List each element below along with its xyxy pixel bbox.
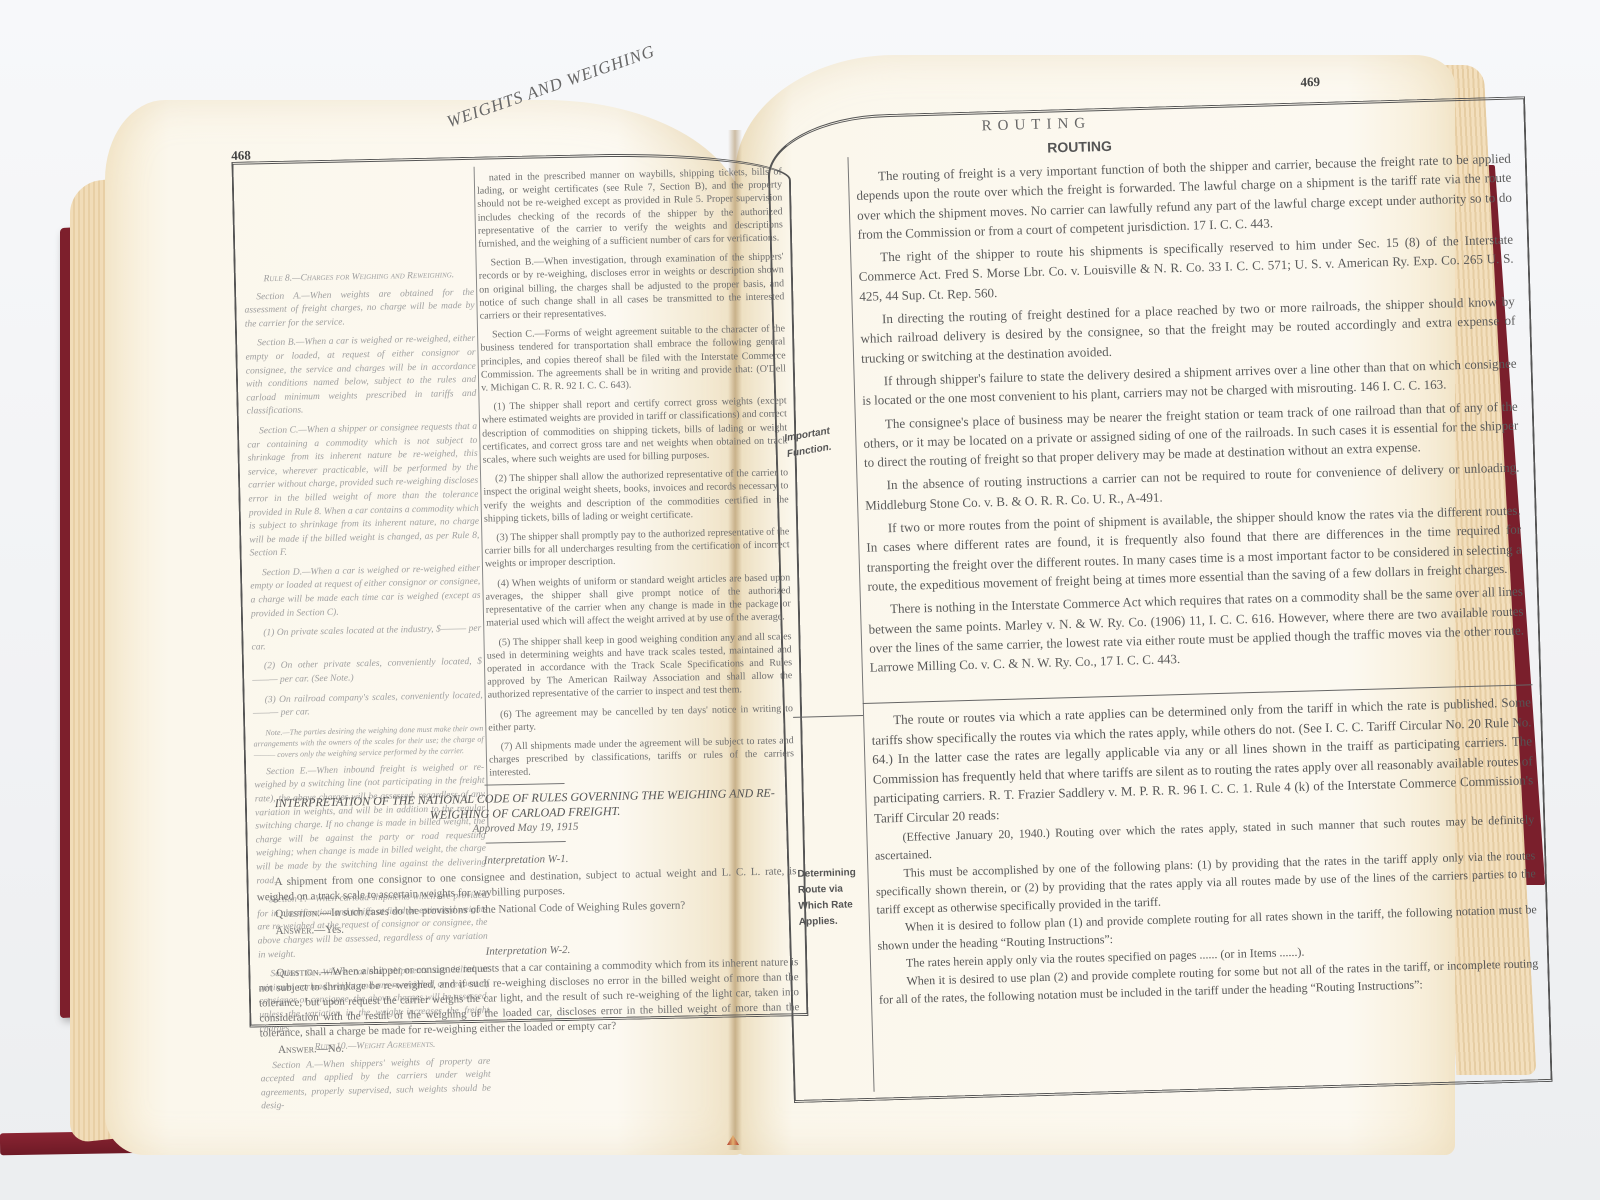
routing-section-1: The routing of freight is a very importa… <box>856 149 1525 682</box>
divider <box>485 783 565 786</box>
paragraph: There is nothing in the Interstate Comme… <box>868 582 1525 677</box>
paragraph: The route or routes via which a rate app… <box>871 692 1534 828</box>
margin-note-determining-route: Determining Route via Which Rate Applies… <box>797 865 865 931</box>
photo-scene: 468 WEIGHTS AND WEIGHING Rule 8.—Charges… <box>0 0 1600 1200</box>
paragraph: (3) On railroad company's scales, conven… <box>253 689 484 721</box>
paragraph: If two or more routes from the point of … <box>866 501 1523 596</box>
paragraph: (4) When weights of uniform or standard … <box>485 571 791 630</box>
routing-section-2: The route or routes via which a rate app… <box>871 692 1539 1008</box>
page-number-right: 469 <box>1300 74 1320 91</box>
paragraph: Section A.—When shippers' weights of pro… <box>260 1055 491 1114</box>
paragraph: Section C.—Forms of weight agreement sui… <box>480 323 786 395</box>
w2-question: Question.—When a shipper or consignee re… <box>258 955 799 1041</box>
paragraph: (2) The shipper shall allow the authoriz… <box>483 467 789 526</box>
paragraph: (1) On private scales located at the ind… <box>251 623 482 655</box>
paragraph: (1) The shipper shall report and certify… <box>481 395 787 467</box>
section-heading: ROUTING <box>1047 138 1112 156</box>
left-page-content: 468 WEIGHTS AND WEIGHING Rule 8.—Charges… <box>80 81 750 1054</box>
paragraph: Section B.—When investigation, through e… <box>478 251 784 323</box>
paragraph: (3) The shipper shall promptly pay to th… <box>484 525 790 571</box>
paragraph: nated in the prescribed manner on waybil… <box>477 165 784 251</box>
rule-8-title: Rule 8.—Charges for Weighing and Reweigh… <box>244 269 474 287</box>
right-page-content: 469 ROUTING ROUTING Important Function. … <box>745 49 1534 1110</box>
paragraph: (5) The shipper shall keep in good weigh… <box>486 630 792 702</box>
paragraph: Section D.—When a car is weighed or re-w… <box>250 563 481 622</box>
note: Note.—The parties desiring the weighing … <box>253 723 484 761</box>
paragraph: Section A.—When weights are obtained for… <box>244 286 475 332</box>
running-head-left: WEIGHTS AND WEIGHING <box>444 41 657 132</box>
paragraph: Section C.—When a shipper or consignee r… <box>247 421 480 562</box>
paragraph: Section B.—When a car is weighed or re-w… <box>245 333 477 419</box>
left-column-2: nated in the prescribed manner on waybil… <box>477 165 795 786</box>
divider <box>486 841 566 844</box>
paragraph: (6) The agreement may be cancelled by te… <box>488 702 793 735</box>
paragraph: (2) On other private scales, convenientl… <box>252 656 483 688</box>
interpretation-section: INTERPRETATION OF THE NATIONAL CODE OF R… <box>254 772 800 1060</box>
